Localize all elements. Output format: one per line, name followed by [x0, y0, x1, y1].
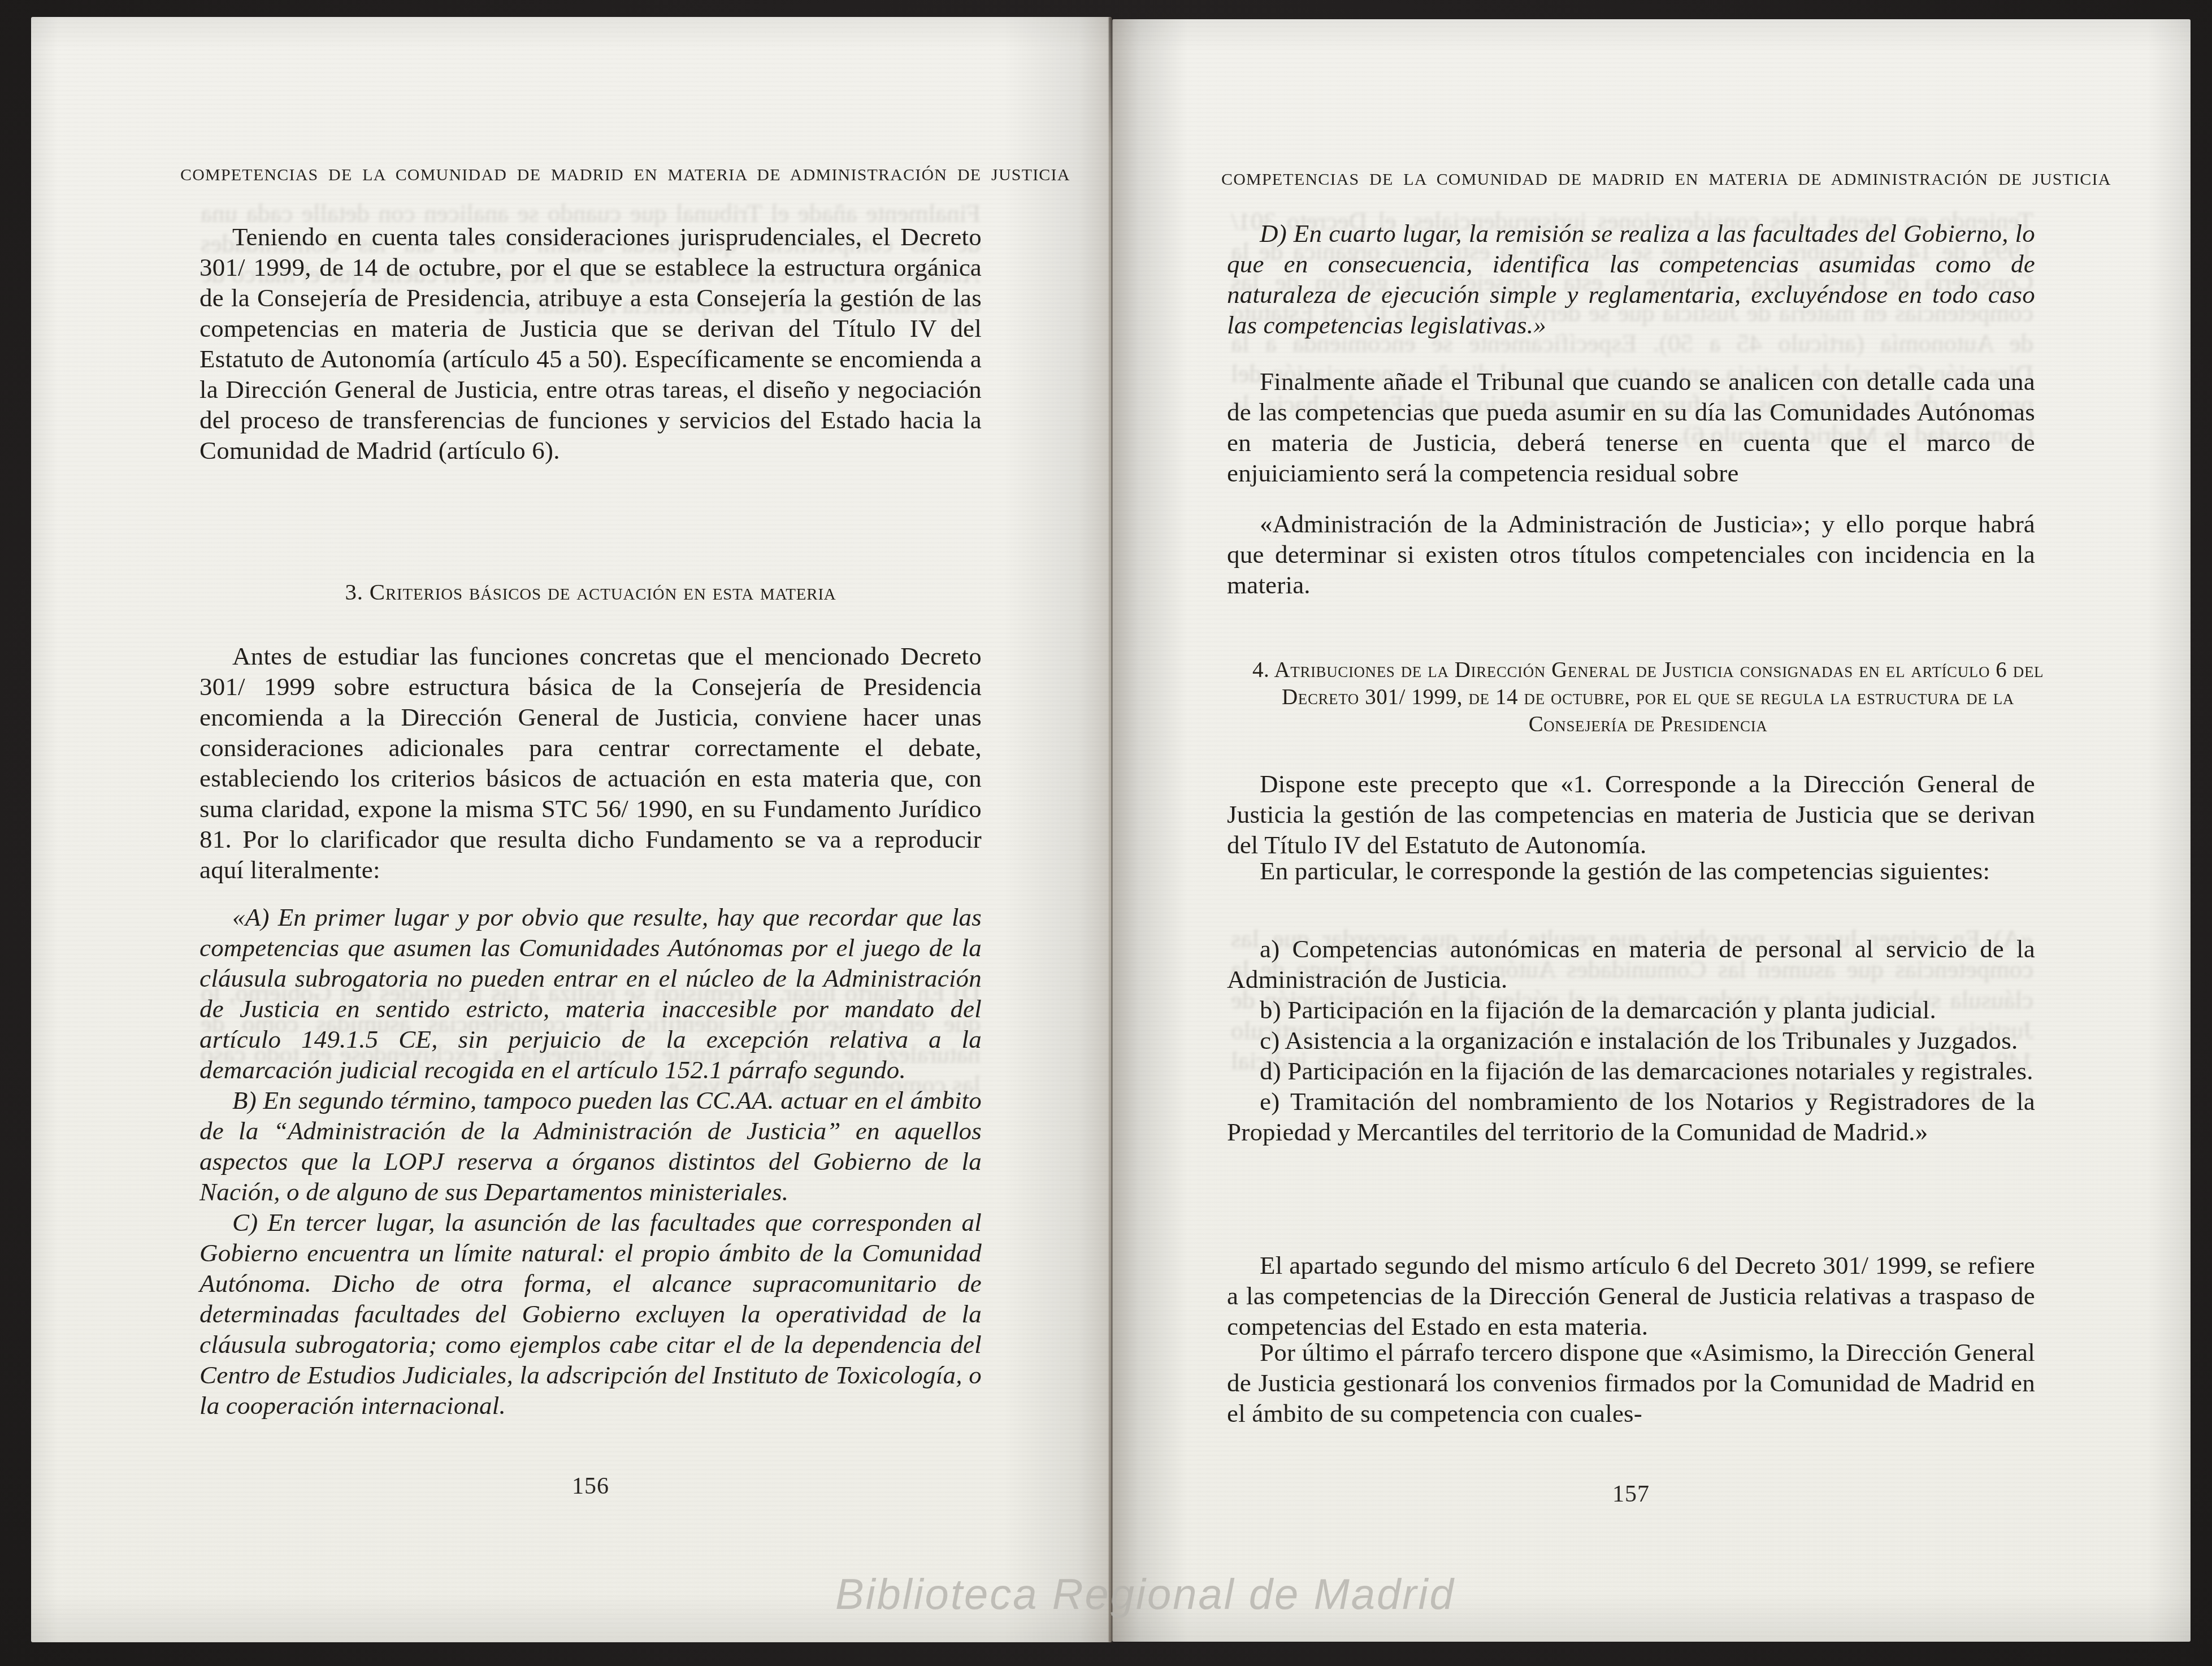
left-page: Finalmente añade el Tribunal que cuando …: [31, 17, 1112, 1642]
list-item: b) Participación en la fijación de la de…: [1227, 995, 2035, 1025]
list-item: d) Participación en la fijación de las d…: [1227, 1056, 2035, 1086]
quote-paragraph-b: B) En segundo término, tampoco pueden la…: [199, 1085, 982, 1207]
paragraph: En particular, le corresponde la gestión…: [1227, 856, 2035, 886]
quote-paragraph-d: D) En cuarto lugar, la remisión se reali…: [1227, 218, 2035, 340]
list-item: e) Tramitación del nombramiento de los N…: [1227, 1086, 2035, 1147]
page-number: 157: [1227, 1481, 2035, 1508]
paragraph: El apartado segundo del mismo artículo 6…: [1227, 1250, 2035, 1342]
running-head: COMPETENCIAS DE LA COMUNIDAD DE MADRID E…: [1221, 170, 2041, 190]
running-head: COMPETENCIAS DE LA COMUNIDAD DE MADRID E…: [180, 165, 1000, 185]
block-quote: «A) En primer lugar y por obvio que resu…: [199, 902, 982, 1421]
paragraph: Teniendo en cuenta tales consideraciones…: [199, 222, 982, 466]
paragraph: Antes de estudiar las funciones concreta…: [199, 641, 982, 885]
scanned-book-spread: { "colors":{ "background":"#242120", "pa…: [0, 0, 2212, 1666]
quote-paragraph-c: C) En tercer lugar, la asunción de las f…: [199, 1207, 982, 1421]
quote-paragraph-a: «A) En primer lugar y por obvio que resu…: [199, 902, 982, 1085]
paragraph: Por último el párrafo tercero dispone qu…: [1227, 1337, 2035, 1429]
competency-list: a) Competencias autonómicas en materia d…: [1227, 934, 2035, 1147]
paragraph: Dispone este precepto que «1. Correspond…: [1227, 769, 2035, 860]
right-page: Teniendo en cuenta tales consideraciones…: [1112, 19, 2191, 1642]
paragraph: «Administración de la Administración de …: [1227, 509, 2035, 600]
section-3-heading: 3. Criterios básicos de actuación en est…: [199, 579, 982, 605]
section-4-heading: 4. Atribuciones de la Dirección General …: [1227, 657, 2069, 738]
list-item: a) Competencias autonómicas en materia d…: [1227, 934, 2035, 995]
paragraph: Finalmente añade el Tribunal que cuando …: [1227, 366, 2035, 488]
list-item: c) Asistencia a la organización e instal…: [1227, 1025, 2035, 1056]
page-number: 156: [199, 1473, 982, 1500]
